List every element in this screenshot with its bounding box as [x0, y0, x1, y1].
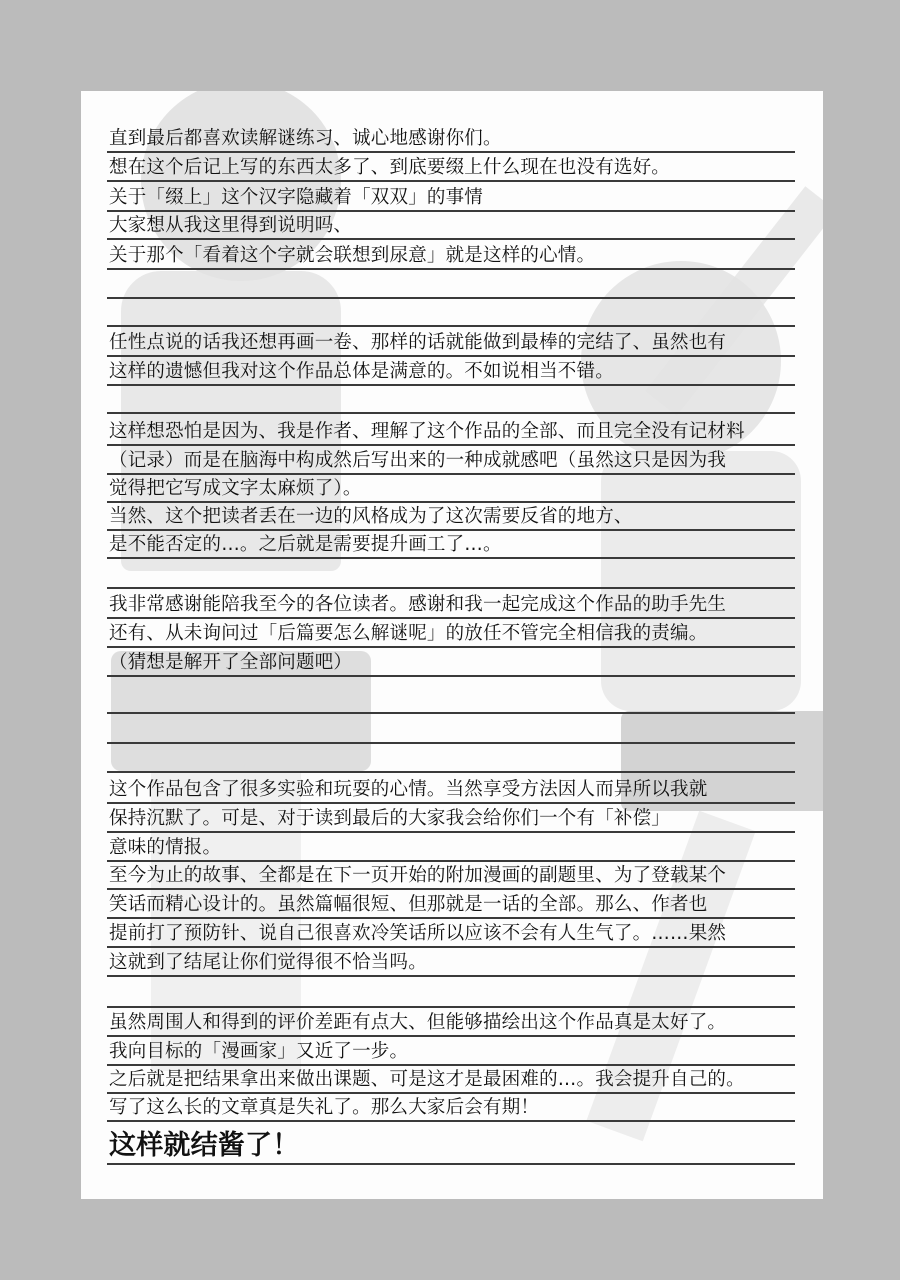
text-line: 虽然周围人和得到的评价差距有点大、但能够描绘出这个作品真是太好了。 — [107, 1011, 795, 1037]
blank-ruled-line — [107, 301, 795, 327]
text-line: 我非常感谢能陪我至今的各位读者。感谢和我一起完成这个作品的助手先生 — [107, 593, 795, 619]
text-line: （猜想是解开了全部问题吧） — [107, 651, 795, 677]
text-line: 觉得把它写成文字太麻烦了）。 — [107, 477, 795, 503]
text-line: （记录）而是在脑海中构成然后写出来的一种成就感吧（虽然这只是因为我 — [107, 449, 795, 475]
blank-ruled-line — [107, 747, 795, 773]
text-line: 想在这个后记上写的东西太多了、到底要缀上什么现在也没有选好。 — [107, 156, 795, 182]
text-line: 这样的遗憾但我对这个作品总体是满意的。不如说相当不错。 — [107, 360, 795, 386]
text-line: 当然、这个把读者丢在一边的风格成为了这次需要反省的地方、 — [107, 505, 795, 531]
afterword-page: 直到最后都喜欢读解谜练习、诚心地感谢你们。想在这个后记上写的东西太多了、到底要缀… — [81, 91, 823, 1199]
text-line: 我向目标的「漫画家」又近了一步。 — [107, 1040, 795, 1066]
text-line: 意味的情报。 — [107, 836, 795, 862]
text-line: 这样就结酱了！ — [107, 1129, 795, 1165]
text-line: 保持沉默了。可是、对于读到最后的大家我会给你们一个有「补偿」 — [107, 807, 795, 833]
blank-ruled-line — [107, 718, 795, 744]
text-line: 提前打了预防针、说自己很喜欢冷笑话所以应该不会有人生气了。……果然 — [107, 922, 795, 948]
blank-ruled-line — [107, 388, 795, 414]
text-line: 是不能否定的…。之后就是需要提升画工了…。 — [107, 533, 795, 559]
blank-ruled-line — [107, 982, 795, 1008]
blank-ruled-line — [107, 563, 795, 589]
text-line: 关于那个「看着这个字就会联想到尿意」就是这样的心情。 — [107, 244, 795, 270]
ruled-text-lines: 直到最后都喜欢读解谜练习、诚心地感谢你们。想在这个后记上写的东西太多了、到底要缀… — [81, 91, 823, 1199]
text-line: 直到最后都喜欢读解谜练习、诚心地感谢你们。 — [107, 127, 795, 153]
text-line: 笑话而精心设计的。虽然篇幅很短、但那就是一话的全部。那么、作者也 — [107, 893, 795, 919]
text-line: 还有、从未询问过「后篇要怎么解谜呢」的放任不管完全相信我的责编。 — [107, 622, 795, 648]
text-line: 写了这么长的文章真是失礼了。那么大家后会有期！ — [107, 1096, 795, 1122]
text-line: 任性点说的话我还想再画一卷、那样的话就能做到最棒的完结了、虽然也有 — [107, 331, 795, 357]
text-line: 这个作品包含了很多实验和玩耍的心情。当然享受方法因人而异所以我就 — [107, 778, 795, 804]
text-line: 关于「缀上」这个汉字隐藏着「双双」的事情 — [107, 186, 795, 212]
blank-ruled-line — [107, 688, 795, 714]
text-line: 之后就是把结果拿出来做出课题、可是这才是最困难的…。我会提升自己的。 — [107, 1068, 795, 1094]
text-line: 至今为止的故事、全都是在下一页开始的附加漫画的副题里、为了登载某个 — [107, 864, 795, 890]
text-line: 大家想从我这里得到说明吗、 — [107, 214, 795, 240]
text-line: 这样想恐怕是因为、我是作者、理解了这个作品的全部、而且完全没有记材料 — [107, 420, 795, 446]
text-line: 这就到了结尾让你们觉得很不恰当吗。 — [107, 951, 795, 977]
blank-ruled-line — [107, 273, 795, 299]
